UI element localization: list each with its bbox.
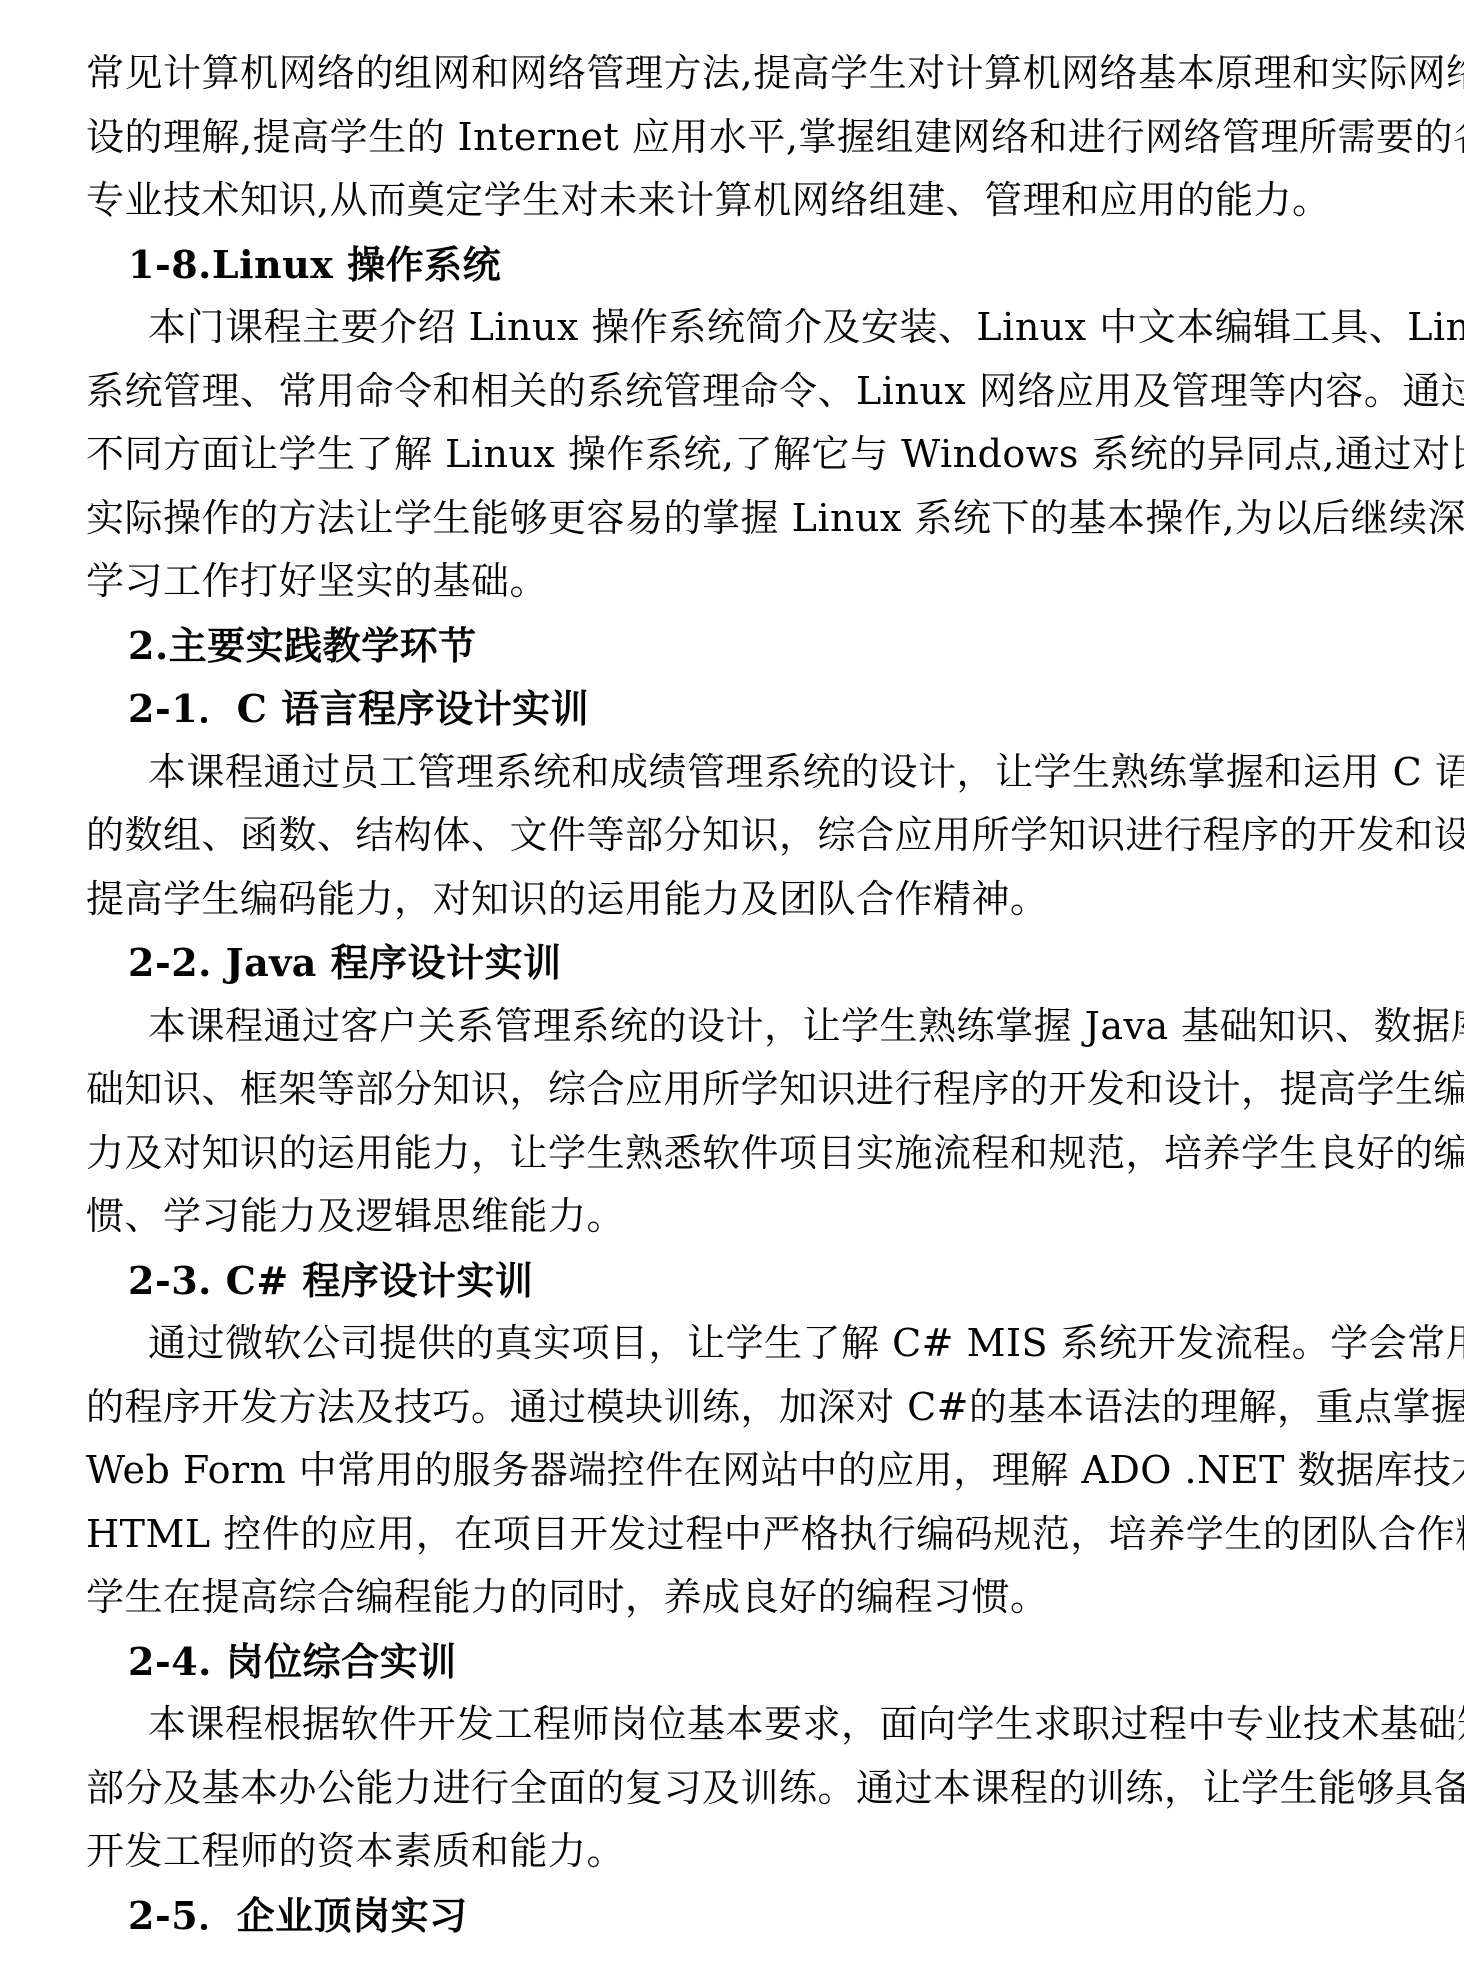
text-line: 实际操作的方法让学生能够更容易的掌握 Linux 系统下的基本操作,为以后继续深… xyxy=(86,487,1364,551)
section-heading: 2-1．C 语言程序设计实训 xyxy=(86,677,1364,741)
section-heading: 1-8.Linux 操作系统 xyxy=(86,233,1364,297)
section-heading: 2-2. Java 程序设计实训 xyxy=(86,931,1364,995)
text-line: 本课程根据软件开发工程师岗位基本要求，面向学生求职过程中专业技术基础知识 xyxy=(86,1693,1364,1757)
text-line: 力及对知识的运用能力，让学生熟悉软件项目实施流程和规范，培养学生良好的编程习 xyxy=(86,1122,1364,1186)
text-line: 常见计算机网络的组网和网络管理方法,提高学生对计算机网络基本原理和实际网络建 xyxy=(86,42,1364,106)
text-line: 专业技术知识,从而奠定学生对未来计算机网络组建、管理和应用的能力。 xyxy=(86,169,1364,233)
text-line: Web Form 中常用的服务器端控件在网站中的应用，理解 ADO .NET 数… xyxy=(86,1439,1364,1503)
text-line: 系统管理、常用命令和相关的系统管理命令、Linux 网络应用及管理等内容。通过案… xyxy=(86,360,1364,424)
text-line: 学习工作打好坚实的基础。 xyxy=(86,550,1364,614)
text-line: 的程序开发方法及技巧。通过模块训练，加深对 C#的基本语法的理解，重点掌握 xyxy=(86,1376,1364,1440)
text-line: 通过微软公司提供的真实项目，让学生了解 C# MIS 系统开发流程。学会常用模块 xyxy=(86,1312,1364,1376)
text-line: 开发工程师的资本素质和能力。 xyxy=(86,1820,1364,1884)
text-line: 学生在提高综合编程能力的同时，养成良好的编程习惯。 xyxy=(86,1566,1364,1630)
text-line: 本课程通过客户关系管理系统的设计，让学生熟练掌握 Java 基础知识、数据库基 xyxy=(86,995,1364,1059)
text-line: 提高学生编码能力，对知识的运用能力及团队合作精神。 xyxy=(86,868,1364,932)
document-content: 常见计算机网络的组网和网络管理方法,提高学生对计算机网络基本原理和实际网络建设的… xyxy=(0,0,1464,1947)
text-line: 本课程通过员工管理系统和成绩管理系统的设计，让学生熟练掌握和运用 C 语言中 xyxy=(86,741,1364,805)
text-line: 的数组、函数、结构体、文件等部分知识，综合应用所学知识进行程序的开发和设计， xyxy=(86,804,1364,868)
text-line: 部分及基本办公能力进行全面的复习及训练。通过本课程的训练，让学生能够具备软件 xyxy=(86,1757,1364,1821)
section-heading: 2.主要实践教学环节 xyxy=(86,614,1364,678)
text-line: 础知识、框架等部分知识，综合应用所学知识进行程序的开发和设计，提高学生编码能 xyxy=(86,1058,1364,1122)
document-page: 常见计算机网络的组网和网络管理方法,提高学生对计算机网络基本原理和实际网络建设的… xyxy=(0,0,1464,1976)
section-heading: 2-4. 岗位综合实训 xyxy=(86,1630,1364,1694)
text-line: HTML 控件的应用，在项目开发过程中严格执行编码规范，培养学生的团队合作精神，… xyxy=(86,1503,1364,1567)
text-line: 惯、学习能力及逻辑思维能力。 xyxy=(86,1185,1364,1249)
text-line: 不同方面让学生了解 Linux 操作系统,了解它与 Windows 系统的异同点… xyxy=(86,423,1364,487)
text-line: 本门课程主要介绍 Linux 操作系统简介及安装、Linux 中文本编辑工具、L… xyxy=(86,296,1364,360)
section-heading: 2-5．企业顶岗实习 xyxy=(86,1884,1364,1948)
text-line: 设的理解,提高学生的 Internet 应用水平,掌握组建网络和进行网络管理所需… xyxy=(86,106,1364,170)
section-heading: 2-3. C# 程序设计实训 xyxy=(86,1249,1364,1313)
